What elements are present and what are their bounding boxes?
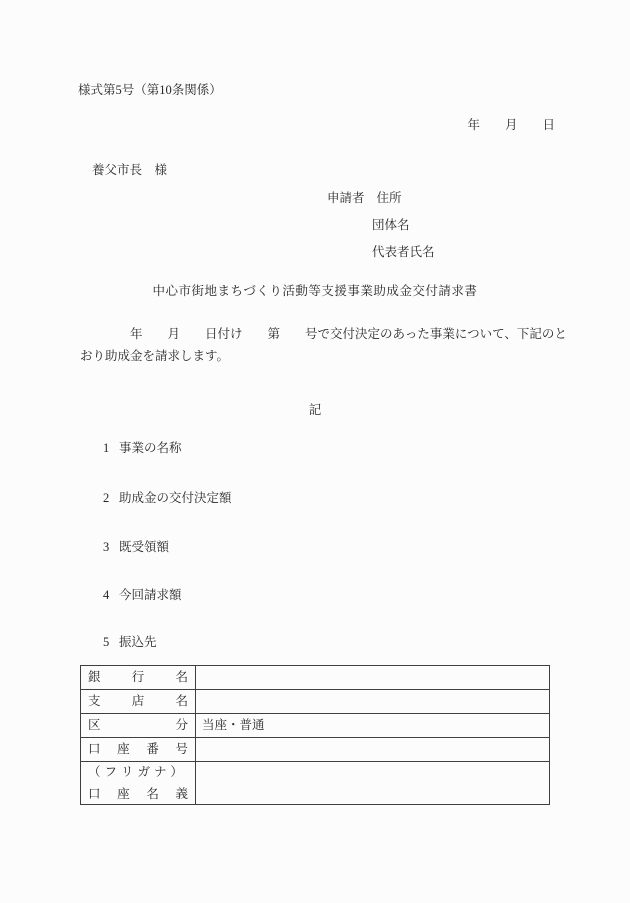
table-row-account-type: 区分 当座・普通 xyxy=(81,714,550,738)
table-row-account-holder: （フリガナ） 口座名義 xyxy=(81,762,550,805)
row-label-account-number: 口座番号 xyxy=(88,743,188,756)
table-row-branch-name: 支店名 xyxy=(81,690,550,714)
applicant-line-address: 申請者住所 xyxy=(327,192,435,219)
item-number: 1 xyxy=(103,442,119,455)
list-item-grant-decision-amount: 2助成金の交付決定額 xyxy=(103,492,232,505)
form-number: 様式第5号（第10条関係） xyxy=(78,84,222,97)
document-title: 中心市街地まちづくり活動等支援事業助成金交付請求書 xyxy=(0,285,630,298)
item-label: 振込先 xyxy=(119,635,157,649)
row-value-account-number xyxy=(196,738,550,762)
applicant-representative-label: 代表者氏名 xyxy=(372,246,435,273)
issue-date-line: 年 月 日 xyxy=(467,119,555,132)
bank-account-table: 銀行名 支店名 区分 当座・普通 口座番号 （フリガナ） xyxy=(80,665,550,805)
applicant-prefix: 申請者 xyxy=(327,191,365,205)
item-label: 既受領額 xyxy=(119,540,169,554)
row-label-branch-name: 支店名 xyxy=(88,695,188,708)
section-mark: 記 xyxy=(0,404,630,417)
item-label: 今回請求額 xyxy=(119,588,182,602)
row-value-account-type: 当座・普通 xyxy=(196,714,550,738)
item-label: 事業の名称 xyxy=(119,441,182,455)
list-item-amount-claimed: 4今回請求額 xyxy=(103,589,182,602)
row-value-bank-name xyxy=(196,666,550,690)
item-number: 3 xyxy=(103,541,119,554)
list-item-project-name: 1事業の名称 xyxy=(103,442,182,455)
table-row-account-number: 口座番号 xyxy=(81,738,550,762)
list-item-amount-already-received: 3既受領額 xyxy=(103,541,169,554)
list-item-transfer-destination: 5振込先 xyxy=(103,636,157,649)
row-label-furigana: （フリガナ） xyxy=(88,766,188,779)
item-label: 助成金の交付決定額 xyxy=(119,491,232,505)
item-number: 5 xyxy=(103,636,119,649)
applicant-block: 申請者住所 団体名 代表者氏名 xyxy=(327,192,435,273)
addressee: 養父市長 様 xyxy=(92,164,167,177)
row-label-bank-name: 銀行名 xyxy=(88,671,188,684)
row-label-account-type: 区分 xyxy=(88,719,188,732)
row-value-branch-name xyxy=(196,690,550,714)
item-number: 4 xyxy=(103,589,119,602)
item-number: 2 xyxy=(103,492,119,505)
applicant-address-label: 住所 xyxy=(377,191,402,205)
table-row-bank-name: 銀行名 xyxy=(81,666,550,690)
body-paragraph-line-2: おり助成金を請求します。 xyxy=(80,350,229,363)
row-value-account-holder xyxy=(196,762,550,805)
applicant-org-label: 団体名 xyxy=(372,219,435,246)
body-paragraph-line-1: 年 月 日付け 第 号で交付決定のあった事業について、下記のと xyxy=(80,328,567,341)
document-page: 様式第5号（第10条関係） 年 月 日 養父市長 様 申請者住所 団体名 代表者… xyxy=(0,0,630,903)
row-label-account-holder: 口座名義 xyxy=(88,788,188,801)
